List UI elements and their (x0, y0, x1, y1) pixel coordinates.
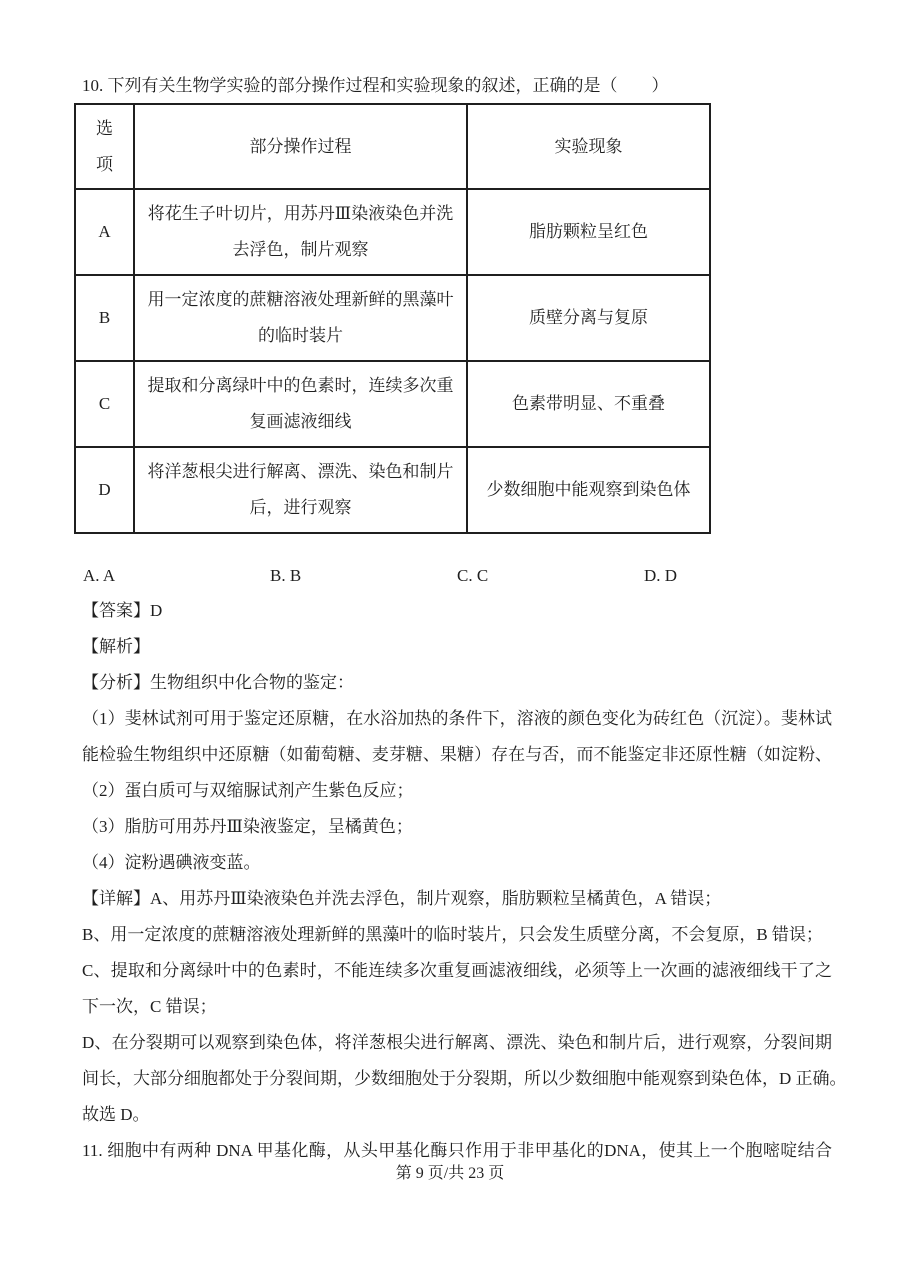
detail-option-d-line2: 间长，大部分细胞都处于分裂间期，少数细胞处于分裂期，所以少数细胞中能观察到染色体… (82, 1061, 832, 1097)
table-cell-phenomenon-c: 色素带明显、不重叠 (467, 361, 710, 447)
table-row-c: C 提取和分离绿叶中的色素时，连续多次重复画滤液细线 色素带明显、不重叠 (75, 361, 710, 447)
analysis-point1-line2: 能检验生物组织中还原糖（如葡萄糖、麦芽糖、果糖）存在与否，而不能鉴定非还原性糖（… (82, 737, 832, 773)
table-cell-procedure-a: 将花生子叶切片，用苏丹Ⅲ染液染色并洗去浮色，制片观察 (134, 189, 467, 275)
table-cell-phenomenon-a: 脂肪颗粒呈红色 (467, 189, 710, 275)
table-header-phenomenon: 实验现象 (467, 104, 710, 189)
answer-explanation-section: 【答案】D 【解析】 【分析】生物组织中化合物的鉴定： （1）斐林试剂可用于鉴定… (82, 593, 832, 1169)
analysis-point4-line: （4）淀粉遇碘液变蓝。 (82, 845, 832, 881)
choice-a: A. A (83, 564, 270, 588)
table-header-option-label: 选项 (95, 111, 114, 183)
table-row-b: B 用一定浓度的蔗糖溶液处理新鲜的黑藻叶的临时装片 质壁分离与复原 (75, 275, 710, 361)
table-cell-phenomenon-b: 质壁分离与复原 (467, 275, 710, 361)
answer-line: 【答案】D (82, 593, 832, 629)
detail-option-c-line2: 下一次，C 错误； (82, 989, 832, 1025)
page-number-indicator: 第 9 页/共 23 页 (0, 1162, 900, 1186)
table-cell-option-c: C (75, 361, 134, 447)
analysis-intro-line: 【分析】生物组织中化合物的鉴定： (82, 665, 832, 701)
choice-b: B. B (270, 564, 457, 588)
detail-option-b-line: B、用一定浓度的蔗糖溶液处理新鲜的黑藻叶的临时装片，只会发生质壁分离，不会复原，… (82, 917, 832, 953)
table-row-a: A 将花生子叶切片，用苏丹Ⅲ染液染色并洗去浮色，制片观察 脂肪颗粒呈红色 (75, 189, 710, 275)
analysis-point2-line: （2）蛋白质可与双缩脲试剂产生紫色反应； (82, 773, 832, 809)
table-cell-option-b: B (75, 275, 134, 361)
table-header-row: 选项 部分操作过程 实验现象 (75, 104, 710, 189)
detail-option-a-line: 【详解】A、用苏丹Ⅲ染液染色并洗去浮色，制片观察，脂肪颗粒呈橘黄色，A 错误； (82, 881, 832, 917)
table-header-option: 选项 (75, 104, 134, 189)
detail-option-c-line1: C、提取和分离绿叶中的色素时，不能连续多次重复画滤液细线，必须等上一次画的滤液细… (82, 953, 832, 989)
analysis-point3-line: （3）脂肪可用苏丹Ⅲ染液鉴定，呈橘黄色； (82, 809, 832, 845)
analysis-point1-line1: （1）斐林试剂可用于鉴定还原糖，在水浴加热的条件下，溶液的颜色变化为砖红色（沉淀… (82, 701, 832, 737)
question10-table: 选项 部分操作过程 实验现象 A 将花生子叶切片，用苏丹Ⅲ染液染色并洗去浮色，制… (74, 103, 711, 534)
analysis-header: 【解析】 (82, 629, 832, 665)
table-cell-phenomenon-d: 少数细胞中能观察到染色体 (467, 447, 710, 533)
conclusion-line: 故选 D。 (82, 1097, 832, 1133)
table-cell-option-a: A (75, 189, 134, 275)
choice-c: C. C (457, 564, 644, 588)
table-header-procedure: 部分操作过程 (134, 104, 467, 189)
answer-choices-row: A. A B. B C. C D. D (83, 564, 853, 588)
table-cell-procedure-c: 提取和分离绿叶中的色素时，连续多次重复画滤液细线 (134, 361, 467, 447)
table-cell-procedure-b: 用一定浓度的蔗糖溶液处理新鲜的黑藻叶的临时装片 (134, 275, 467, 361)
table-cell-option-d: D (75, 447, 134, 533)
table-row-d: D 将洋葱根尖进行解离、漂洗、染色和制片后，进行观察 少数细胞中能观察到染色体 (75, 447, 710, 533)
exam-document-page: 10. 下列有关生物学实验的部分操作过程和实验现象的叙述，正确的是（ ） 选项 … (0, 0, 900, 1273)
question10-stem: 10. 下列有关生物学实验的部分操作过程和实验现象的叙述，正确的是（ ） (82, 74, 842, 98)
detail-option-d-line1: D、在分裂期可以观察到染色体，将洋葱根尖进行解离、漂洗、染色和制片后，进行观察，… (82, 1025, 832, 1061)
choice-d: D. D (644, 564, 853, 588)
table-cell-procedure-d: 将洋葱根尖进行解离、漂洗、染色和制片后，进行观察 (134, 447, 467, 533)
